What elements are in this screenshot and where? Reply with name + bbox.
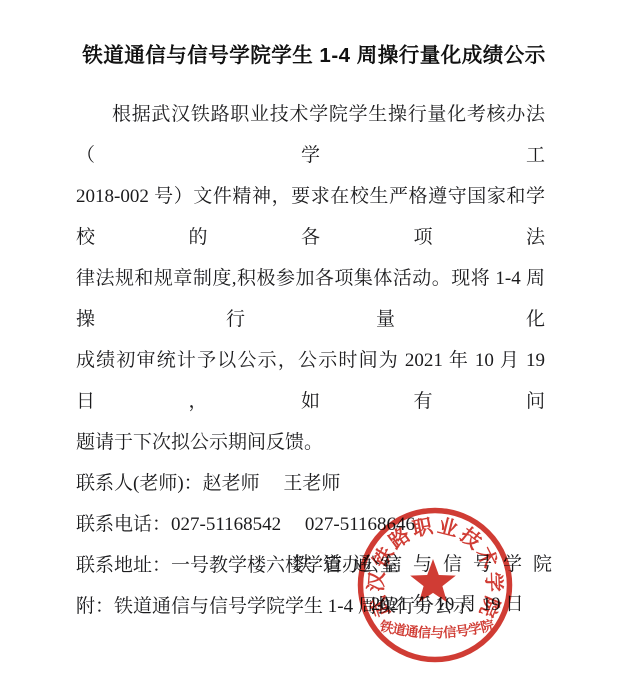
- page-title: 铁道通信与信号学院学生 1-4 周操行量化成绩公示: [0, 0, 628, 67]
- official-seal: 武汉铁路职业技术学院 铁道通信与信号学院: [335, 483, 535, 683]
- body-line-2: 2018-002 号）文件精神，要求在校生严格遵守国家和学校的各项法: [76, 176, 545, 258]
- body-line-5: 题请于下次拟公示期间反馈。: [76, 422, 545, 463]
- seal-banner-text: 铁道通信与信号学院: [377, 616, 496, 640]
- document-page: 铁道通信与信号学院学生 1-4 周操行量化成绩公示 根据武汉铁路职业技术学院学生…: [0, 0, 628, 694]
- body-line-1: 根据武汉铁路职业技术学院学生操行量化考核办法（学工: [76, 94, 545, 176]
- body-line-3: 律法规和规章制度,积极参加各项集体活动。现将 1-4 周操行量化: [76, 258, 545, 340]
- seal-star-icon: [410, 559, 456, 602]
- body-line-4: 成绩初审统计予以公示，公示时间为 2021 年 10 月 19 日，如有问: [76, 340, 545, 422]
